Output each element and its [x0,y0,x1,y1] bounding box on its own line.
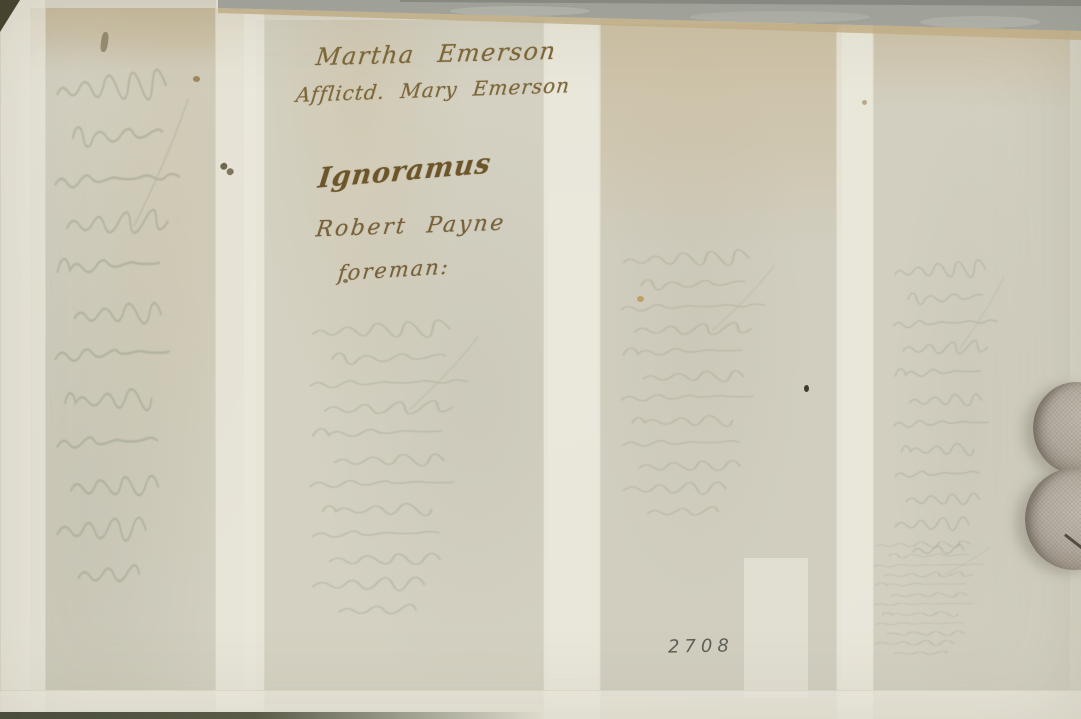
document-fragment-left [30,8,244,690]
stain-dark-cluster [219,162,235,176]
photograph-of-manuscript-page: Martha Emerson Afflictd. Mary Emerson Ig… [0,0,1081,719]
archive-number: 2708 [668,635,734,657]
tape-strip-3 [836,18,874,719]
stain-yellow-dot [637,296,644,302]
stain-tan-dot [862,100,867,105]
document-fragment-right [872,26,1070,690]
stain-small-dot [343,279,348,283]
tape-strip-2 [543,18,601,719]
document-fragment-center-left [256,20,548,704]
tape-strip-patch [744,558,808,698]
dark-edge-bottom [0,712,640,719]
stain-black-dot [804,385,809,392]
tape-strip-left-edge [0,0,46,719]
tape-strip-1 [215,0,265,719]
stain-brown-dot [193,76,200,82]
